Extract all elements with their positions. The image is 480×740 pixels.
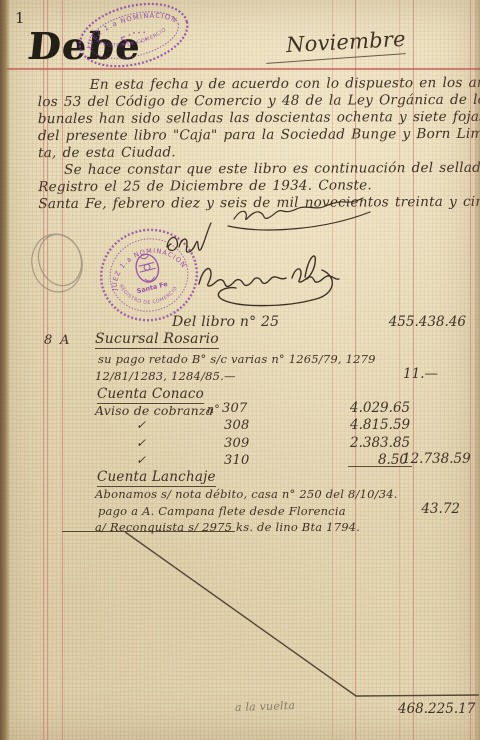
carry-forward-total: 468.225.17 bbox=[398, 701, 468, 717]
attestation-note: En esta fecha y de acuerdo con lo dispue… bbox=[38, 75, 469, 213]
carry-forward-label: a la vuelta bbox=[235, 699, 296, 714]
aviso-number-label: n° bbox=[207, 403, 220, 416]
cancellation-line bbox=[125, 532, 479, 696]
page-edge-shadow bbox=[474, 0, 480, 740]
entry-letter: A bbox=[60, 333, 70, 348]
stamp-mid-place: Santa Fe bbox=[136, 280, 169, 296]
note-line: Santa Fe, febrero diez y seis de mil nov… bbox=[38, 194, 468, 213]
aviso-number: 307 bbox=[222, 401, 247, 416]
aviso-amount: 4.815.59 bbox=[350, 417, 408, 433]
opening-balance-label: Del libro n° 25 bbox=[172, 314, 279, 330]
aviso-number: 309 bbox=[224, 436, 249, 451]
note-line: Se hace constar que este libro es contin… bbox=[38, 160, 468, 179]
opening-balance-amount: 455.438.46 bbox=[386, 314, 466, 330]
lanchaje-detail-line-2: pago a A. Campana flete desde Florencia bbox=[98, 504, 346, 518]
binding-edge bbox=[0, 0, 10, 740]
pencil-circle-scribble bbox=[27, 229, 88, 297]
notary-signature bbox=[199, 256, 339, 306]
rule-header-horizontal bbox=[0, 68, 480, 70]
branch-detail-line-1: su pago retado B° s/c varias n° 1265/79,… bbox=[98, 352, 376, 366]
aviso-number: 310 bbox=[224, 453, 249, 468]
aviso-label: Aviso de cobranza bbox=[95, 403, 213, 418]
aviso-amount: 4.029.65 bbox=[350, 400, 408, 416]
note-line: del presente libro "Caja" para la Socied… bbox=[38, 126, 468, 145]
check-mark: ✓ bbox=[136, 436, 146, 450]
check-mark: ✓ bbox=[136, 453, 146, 467]
lanchaje-account-title: Cuenta Lanchaje bbox=[97, 469, 216, 487]
entry-number: 8 bbox=[44, 333, 52, 348]
aviso-amount: 2.383.85 bbox=[350, 435, 408, 451]
month-heading: Noviembre bbox=[285, 27, 406, 57]
branch-amount: 11.— bbox=[380, 366, 438, 382]
lanchaje-amount: 43.72 bbox=[404, 501, 460, 517]
lanchaje-detail-line-1: Abonamos s/ nota débito, casa n° 250 del… bbox=[95, 487, 398, 501]
conaco-total-amount: 12.738.59 bbox=[402, 451, 464, 467]
page-number: 1 bbox=[15, 9, 25, 27]
check-mark: ✓ bbox=[136, 418, 146, 432]
aviso-number: 308 bbox=[224, 418, 249, 433]
section-close-line bbox=[62, 531, 235, 532]
branch-detail-line-2: 12/81/1283, 1284/85.— bbox=[95, 369, 236, 383]
conaco-account-title: Cuenta Conaco bbox=[97, 386, 204, 404]
notary-stamp-top: JUEZ 1.a NOMINACION REGISTRO DE COMERCIO… bbox=[67, 0, 200, 85]
ledger-page: 1 Debe Noviembre JUEZ 1.a NOMINACION REG… bbox=[0, 0, 480, 740]
branch-account-title: Sucursal Rosario bbox=[95, 331, 219, 349]
